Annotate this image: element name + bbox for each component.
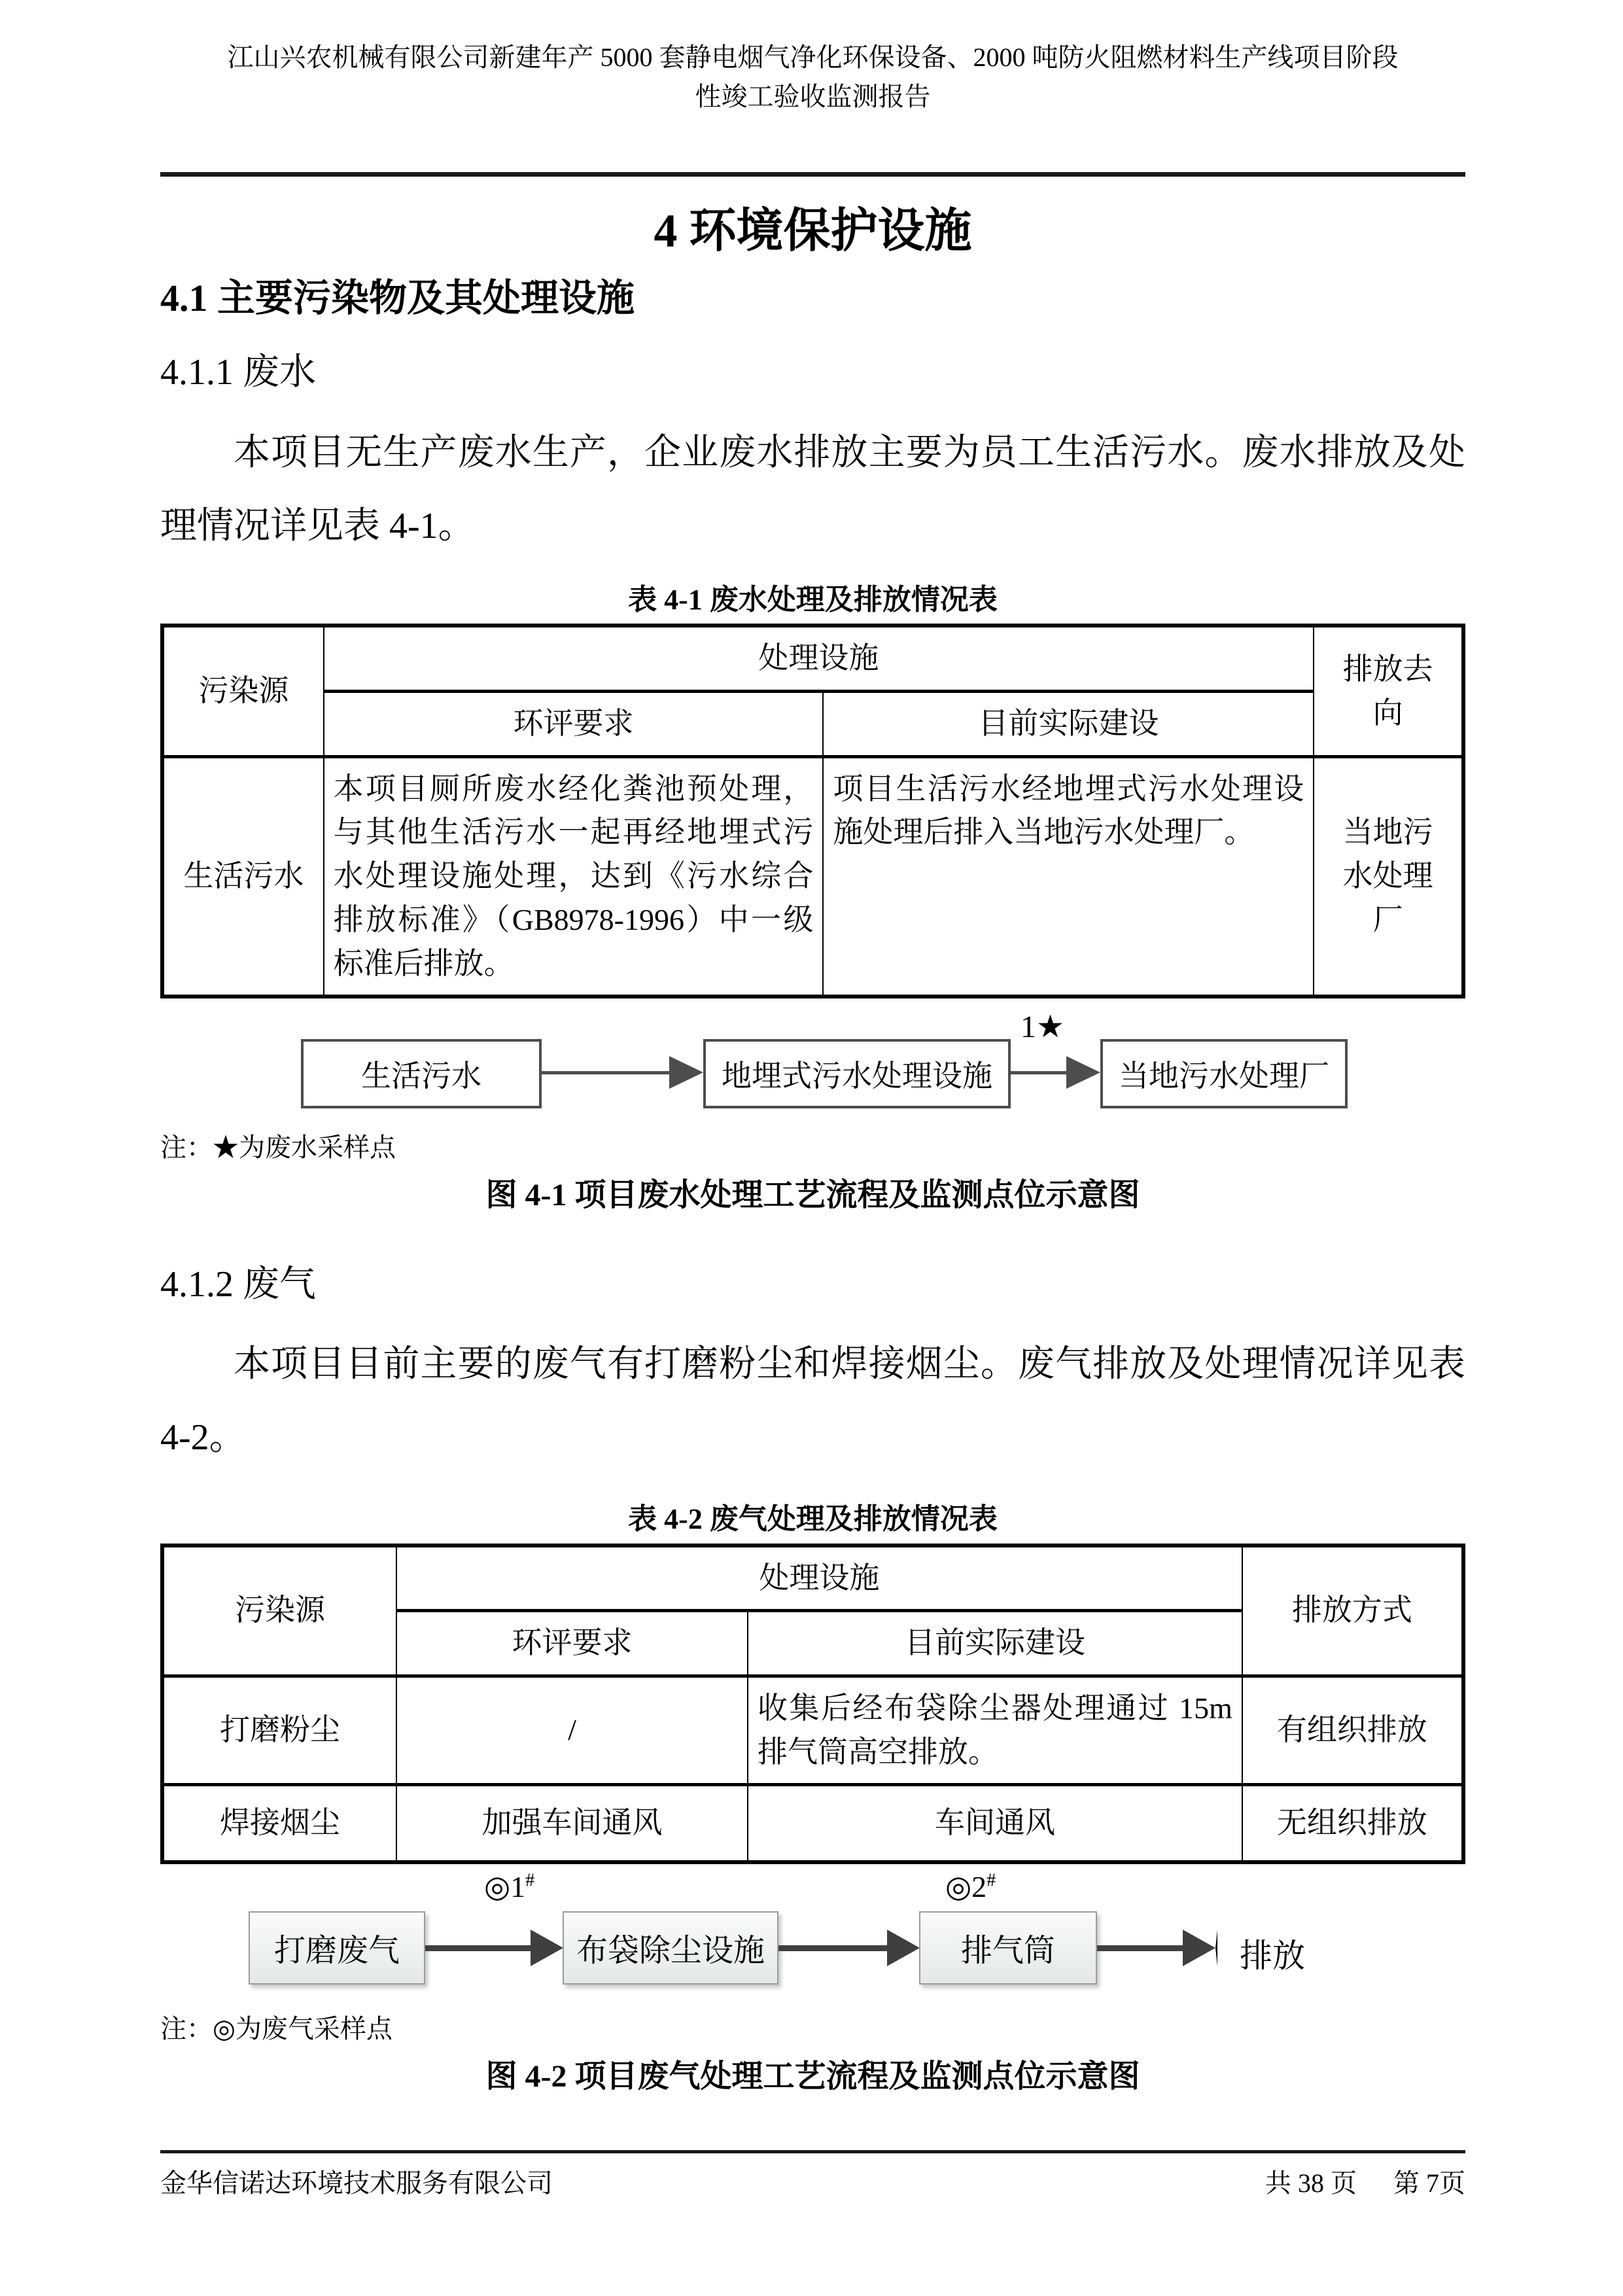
cell-actual-construction: 项目生活污水经地埋式污水处理设施处理后排入当地污水处理厂。 — [823, 756, 1314, 997]
heading-4-1: 4.1 主要污染物及其处理设施 — [160, 274, 1465, 323]
flow-box-buried-treatment: 地埋式污水处理设施 — [703, 1039, 1011, 1108]
col-header-eia: 环评要求 — [396, 1611, 748, 1676]
flow-box-bag-filter: 布袋除尘设施 — [563, 1911, 778, 1985]
table-row: 打磨粉尘 / 收集后经布袋除尘器处理通过 15m 排气筒高空排放。 有组织排放 — [162, 1676, 1463, 1784]
paragraph-wastewater: 本项目无生产废水生产，企业废水排放主要为员工生活污水。废水排放及处理情况详见表 … — [160, 416, 1465, 563]
col-header-eia: 环评要求 — [324, 692, 824, 757]
footer-current-page: 第 7页 — [1393, 2168, 1465, 2198]
page-content: 江山兴农机械有限公司新建年产 5000 套静电烟气净化环保设备、2000 吨防火… — [0, 0, 1623, 2097]
col-header-facility: 处理设施 — [396, 1545, 1242, 1611]
arrow-line — [1011, 1071, 1066, 1074]
flow-outlet-text: 排放 — [1240, 1930, 1305, 1977]
arrow-line — [778, 1945, 890, 1951]
flow-box-domestic-sewage: 生活污水 — [301, 1039, 542, 1108]
paragraph-waste-gas: 本项目目前主要的废气有打磨粉尘和焊接烟尘。废气排放及处理情况详见表 4-2。 — [160, 1328, 1465, 1474]
cell-source: 焊接烟尘 — [162, 1785, 396, 1862]
arrow-head-icon — [1183, 1930, 1217, 1966]
flow-box-local-plant: 当地污水处理厂 — [1100, 1039, 1348, 1108]
col-header-mode: 排放方式 — [1242, 1545, 1463, 1676]
figure-4-2-sampling-labels: ◎1# ◎2# — [160, 1871, 1465, 1907]
col-header-actual: 目前实际建设 — [748, 1611, 1242, 1676]
footer-total-pages: 共 38 页 — [1265, 2168, 1357, 2198]
figure-4-1-note: 注：★为废水采样点 — [160, 1129, 1465, 1166]
table-row: 生活污水 本项目厕所废水经化粪池预处理，与其他生活污水一起再经地埋式污水处理设施… — [162, 756, 1463, 997]
arrow-head-icon — [1066, 1056, 1100, 1089]
cell-actual-construction: 车间通风 — [748, 1785, 1242, 1862]
figure-4-1-flow-diagram: 1★ 生活污水 地埋式污水处理设施 当地污水处理厂 — [160, 1012, 1465, 1123]
page-title: 4 环境保护设施 — [160, 202, 1465, 260]
table-4-2-caption: 表 4-2 废气处理及排放情况表 — [160, 1500, 1465, 1538]
table-row: 污染源 处理设施 排放去向 — [162, 626, 1463, 691]
table-row: 焊接烟尘 加强车间通风 车间通风 无组织排放 — [162, 1785, 1463, 1862]
figure-4-2-flow-diagram: 打磨废气 布袋除尘设施 排气筒 排放 — [160, 1911, 1465, 1990]
cell-source: 生活污水 — [162, 756, 324, 997]
footer-page-info: 共 38 页 第 7页 — [1265, 2163, 1465, 2200]
flow-box-stack: 排气筒 — [919, 1911, 1097, 1985]
cell-eia-requirement: 本项目厕所废水经化粪池预处理，与其他生活污水一起再经地埋式污水处理设施处理，达到… — [324, 756, 824, 997]
document-header: 江山兴农机械有限公司新建年产 5000 套静电烟气净化环保设备、2000 吨防火… — [160, 38, 1465, 116]
document-footer: 金华信诺达环境技术服务有限公司 共 38 页 第 7页 — [160, 2150, 1465, 2200]
col-header-source: 污染源 — [162, 626, 324, 756]
sampling-point-1-sup: # — [525, 1870, 534, 1890]
header-line-2: 性竣工验收监测报告 — [160, 77, 1465, 116]
table-4-1-caption: 表 4-1 废水处理及排放情况表 — [160, 581, 1465, 618]
table-row: 污染源 处理设施 排放方式 — [162, 1545, 1463, 1611]
header-line-1: 江山兴农机械有限公司新建年产 5000 套静电烟气净化环保设备、2000 吨防火… — [160, 38, 1465, 77]
col-header-facility: 处理设施 — [324, 626, 1314, 691]
cell-emission-mode: 有组织排放 — [1242, 1676, 1463, 1784]
table-row: 环评要求 目前实际建设 — [162, 692, 1463, 757]
figure-4-2-note: 注：◎为废气采样点 — [160, 2011, 1465, 2047]
col-header-destination: 排放去向 — [1314, 626, 1463, 756]
table-4-1: 污染源 处理设施 排放去向 环评要求 目前实际建设 生活污水 本项目厕所废水经化… — [160, 624, 1465, 998]
sampling-point-2-sup: # — [986, 1870, 996, 1890]
header-divider — [160, 172, 1465, 177]
cell-actual-construction: 收集后经布袋除尘器处理通过 15m 排气筒高空排放。 — [748, 1676, 1242, 1784]
cell-eia-requirement: 加强车间通风 — [396, 1785, 748, 1862]
flow-box-grinding-gas: 打磨废气 — [249, 1911, 425, 1985]
arrow-head-icon — [669, 1056, 703, 1089]
sampling-point-star-label: 1★ — [1021, 1012, 1064, 1043]
heading-4-1-2: 4.1.2 废气 — [160, 1261, 1465, 1309]
sampling-point-2-label: ◎2# — [945, 1871, 996, 1904]
col-header-source: 污染源 — [162, 1545, 396, 1676]
cell-source: 打磨粉尘 — [162, 1676, 396, 1784]
heading-4-1-1: 4.1.1 废水 — [160, 349, 1465, 397]
arrow-line — [542, 1071, 670, 1074]
arrow-head-icon — [887, 1930, 922, 1966]
col-header-actual: 目前实际建设 — [823, 692, 1314, 757]
cell-emission-mode: 无组织排放 — [1242, 1785, 1463, 1862]
sampling-point-1-label: ◎1# — [484, 1871, 534, 1904]
cell-eia-requirement: / — [396, 1676, 748, 1784]
sampling-point-2-symbol: ◎2 — [945, 1870, 986, 1903]
figure-4-1-caption: 图 4-1 项目废水处理工艺流程及监测点位示意图 — [160, 1175, 1465, 1216]
cell-destination: 当地污水处理厂 — [1314, 756, 1463, 997]
footer-company: 金华信诺达环境技术服务有限公司 — [160, 2163, 553, 2200]
sampling-point-1-symbol: ◎1 — [484, 1870, 525, 1903]
arrow-head-icon — [531, 1930, 565, 1966]
arrow-line — [1097, 1945, 1185, 1951]
figure-4-2-caption: 图 4-2 项目废气处理工艺流程及监测点位示意图 — [160, 2057, 1465, 2097]
document-page: 江山兴农机械有限公司新建年产 5000 套静电烟气净化环保设备、2000 吨防火… — [0, 0, 1623, 2296]
table-4-2: 污染源 处理设施 排放方式 环评要求 目前实际建设 打磨粉尘 / 收集后经布袋除… — [160, 1544, 1465, 1864]
arrow-line — [425, 1945, 533, 1951]
